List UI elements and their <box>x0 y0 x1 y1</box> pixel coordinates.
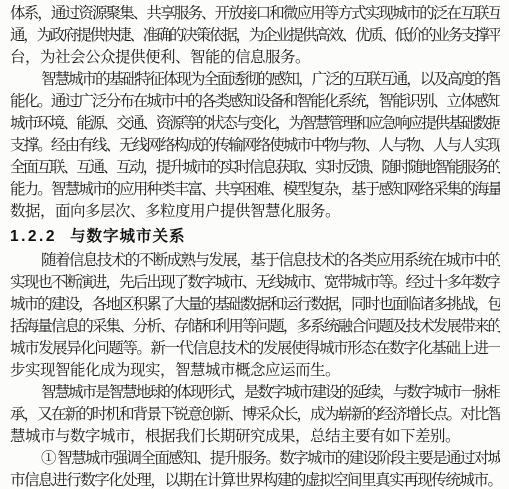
text-line: 智慧城市的基础特征体现为全面透彻的感知，广泛的互联互通，以及高度的智 <box>10 69 500 91</box>
text-line: 全面互联、互通、互动，提升城市的实时信息获取、实时反馈、随时随地智能服务的 <box>10 157 500 179</box>
document-page: 体系，通过资源聚集、共享服务、开放接口和微应用等方式实现城市的泛在互联互 通，为… <box>0 0 509 489</box>
text-line: 城市的建设，各地区积累了大量的基础数据和运行数据，同时也面临诸多挑战，包 <box>10 294 500 316</box>
text-line: 括海量信息的采集、分析、存储和利用等问题，多系统融合问题及技术发展带来的 <box>10 316 500 338</box>
text-line: 承，又在新的时机和背景下锐意创新、博采众长，成为崭新的经济增长点。对比智 <box>10 404 500 426</box>
paragraph-evolution: 随着信息技术的不断成熟与发展，基于信息技术的各类应用系统在城市中的 实现也不断演… <box>10 250 500 382</box>
section-title: 与数字城市关系 <box>70 228 186 245</box>
text-line: 慧城市与数字城市，根据我们长期研究成果，总结主要有如下差别。 <box>10 426 500 448</box>
section-heading: 1.2.2与数字城市关系 <box>10 226 500 248</box>
text-line: 实现也不断演进，先后出现了数字城市、无线城市、宽带城市等。经过十多年数字 <box>10 272 500 294</box>
paragraph-basic-features: 智慧城市的基础特征体现为全面透彻的感知，广泛的互联互通，以及高度的智 能化。通过… <box>10 69 500 223</box>
text-line: 体系，通过资源聚集、共享服务、开放接口和微应用等方式实现城市的泛在互联互 <box>10 3 500 25</box>
paragraph-difference-1: ① 智慧城市强调全面感知、提升服务。数字城市的建设阶段主要是通过对城 市信息进行… <box>10 448 500 489</box>
section-number: 1.2.2 <box>10 228 57 245</box>
text-line: ① 智慧城市强调全面感知、提升服务。数字城市的建设阶段主要是通过对城 <box>10 448 500 470</box>
text-line: 数据，面向多层次、多粒度用户提供智慧化服务。 <box>10 201 500 223</box>
text-line: 支撑。经由有线、无线网络构成的传输网络使城市中物与物、人与物、人与人实现 <box>10 135 500 157</box>
text-line: 能力。智慧城市的应用种类丰富、共享困难、模型复杂，基于感知网络采集的海量 <box>10 179 500 201</box>
paragraph-comparison: 智慧城市是智慧地球的体现形式，是数字城市建设的延续，与数字城市一脉相 承，又在新… <box>10 382 500 448</box>
text-line: 市信息进行数字化处理，以期在计算世界构建的虚拟空间里真实再现传统城市。 <box>10 470 500 489</box>
text-line: 智慧城市是智慧地球的体现形式，是数字城市建设的延续，与数字城市一脉相 <box>10 382 500 404</box>
text-line: 随着信息技术的不断成熟与发展，基于信息技术的各类应用系统在城市中的 <box>10 250 500 272</box>
text-line: 台，为社会公众提供便利、智能的信息服务。 <box>10 47 500 69</box>
page-text: 体系，通过资源聚集、共享服务、开放接口和微应用等方式实现城市的泛在互联互 通，为… <box>0 0 509 489</box>
text-line: 通，为政府提供快捷、准确的决策依据，为企业提供高效、优质、低价的业务支撑平 <box>10 25 500 47</box>
text-line: 能化。通过广泛分布在城市中的各类感知设备和智能化系统，智能识别、立体感知 <box>10 91 500 113</box>
text-line: 城市发展异化问题等。新一代信息技术的发展使得城市形态在数字化基础上进一 <box>10 338 500 360</box>
text-line: 步实现智能化成为现实，智慧城市概念应运而生。 <box>10 360 500 382</box>
text-line: 城市环境、能源、交通、资源等的状态与变化，为智慧管理和应急响应提供基础数据 <box>10 113 500 135</box>
paragraph-service-system: 体系，通过资源聚集、共享服务、开放接口和微应用等方式实现城市的泛在互联互 通，为… <box>10 3 500 69</box>
